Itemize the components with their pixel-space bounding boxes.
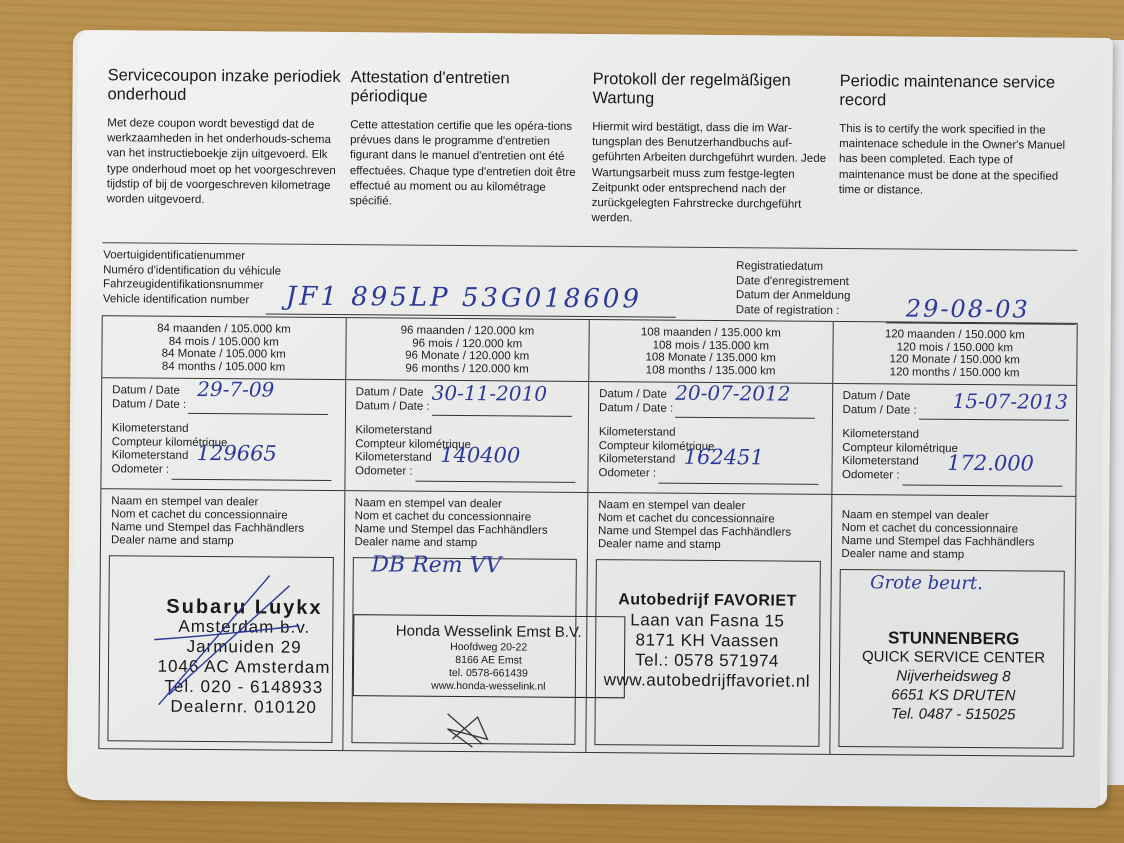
column-title: Periodic maintenance service record bbox=[839, 72, 1075, 112]
signature-icon bbox=[442, 709, 492, 749]
column-body: This is to certify the work specified in… bbox=[839, 122, 1076, 200]
interval-en: 96 months / 120.000 km bbox=[346, 362, 589, 376]
service-date-value[interactable]: 30-11-2010 bbox=[432, 387, 547, 401]
stamp-dealer-subtitle: QUICK SERVICE CENTER bbox=[834, 647, 1074, 668]
stamp-line: www.autobedrijffavoriet.nl bbox=[582, 670, 832, 692]
stamp-line: 6651 KS DRUTEN bbox=[833, 685, 1073, 706]
odometer-labels: Kilometerstand Compteur kilométrique Kil… bbox=[842, 428, 958, 483]
stamp-dealer-name: STUNNENBERG bbox=[834, 628, 1074, 649]
interval-en: 120 months / 150.000 km bbox=[833, 365, 1077, 379]
odometer-label: Kilometerstand bbox=[599, 426, 715, 440]
dealer-labels: Naam en stempel van dealer Nom et cachet… bbox=[598, 499, 791, 553]
vin-label-en: Vehicle identification number bbox=[103, 292, 281, 308]
odometer-label: Kilometerstand bbox=[842, 455, 958, 469]
date-label: Datum / Date bbox=[599, 388, 673, 402]
dealer-labels: Naam en stempel van dealer Nom et cachet… bbox=[841, 509, 1034, 563]
reg-label-nl: Registratiedatum bbox=[736, 259, 851, 274]
odometer-underline bbox=[658, 483, 818, 485]
date-underline bbox=[675, 417, 815, 419]
column-body: Met deze coupon wordt bevestigd dat de w… bbox=[107, 116, 344, 209]
stamp-box: Subaru Luykx Amsterdam b.v. Jarmuiden 29… bbox=[107, 555, 333, 743]
dealer-section: Naam en stempel van dealer Nom et cachet… bbox=[830, 495, 1076, 755]
vin-labels: Voertuigidentificatienummer Numéro d'ide… bbox=[103, 248, 281, 307]
vin-label-nl: Voertuigidentificatienummer bbox=[103, 248, 281, 264]
header-column-dutch: Servicecoupon inzake periodiek onderhoud… bbox=[107, 66, 344, 209]
column-title: Servicecoupon inzake periodiek onderhoud bbox=[107, 66, 343, 106]
registration-date-value[interactable]: 29-08-03 bbox=[906, 295, 1030, 324]
vin-handwritten-value[interactable]: JF1 895LP 53G018609 bbox=[286, 282, 642, 315]
service-entry: Datum / Date Datum / Date : 20-07-2012 K… bbox=[588, 382, 831, 495]
interval-en: 84 months / 105.000 km bbox=[102, 360, 345, 374]
date-label: Datum / Date bbox=[112, 384, 186, 398]
stamp-line: Tel.: 0578 571974 bbox=[582, 650, 832, 672]
date-labels: Datum / Date Datum / Date : bbox=[112, 384, 186, 412]
service-96-months: 96 maanden / 120.000 km 96 mois / 120.00… bbox=[343, 318, 590, 752]
dealer-section: Naam en stempel van dealer Nom et cachet… bbox=[343, 491, 588, 751]
date-underline bbox=[918, 419, 1068, 421]
service-record-page: Servicecoupon inzake periodiek onderhoud… bbox=[72, 30, 1106, 808]
stamp-line: 8171 KH Vaassen bbox=[582, 630, 832, 652]
reg-label-fr: Date d'enregistrement bbox=[736, 274, 851, 289]
dealer-labels: Naam en stempel van dealer Nom et cachet… bbox=[354, 497, 547, 551]
service-grid: 84 maanden / 105.000 km 84 mois / 105.00… bbox=[98, 315, 1077, 757]
service-interval: 108 maanden / 135.000 km 108 mois / 135.… bbox=[589, 320, 832, 384]
service-date-value[interactable]: 15-07-2013 bbox=[953, 395, 1068, 409]
dealer-labels: Naam en stempel van dealer Nom et cachet… bbox=[111, 495, 304, 549]
dealer-label: Dealer name and stamp bbox=[598, 538, 791, 553]
column-title: Attestation d'entretien périodique bbox=[350, 68, 586, 108]
date-labels: Datum / Date Datum / Date : bbox=[842, 390, 916, 418]
reg-label-de: Datum der Anmeldung bbox=[736, 288, 851, 303]
odometer-value[interactable]: 172.000 bbox=[947, 457, 1034, 471]
odometer-label: Kilometerstand bbox=[355, 424, 471, 438]
column-body: Cette attestation certifie que les opéra… bbox=[350, 118, 587, 211]
service-entry: Datum / Date Datum / Date : 30-11-2010 K… bbox=[345, 380, 588, 493]
odometer-value[interactable]: 129665 bbox=[197, 447, 277, 461]
stamp-box: DB Rem VV Honda Wesselink Emst B.V. Hoof… bbox=[351, 557, 577, 745]
date-underline bbox=[431, 415, 571, 417]
signature-icon bbox=[149, 565, 310, 716]
header-column-english: Periodic maintenance service record This… bbox=[839, 72, 1076, 200]
service-interval: 96 maanden / 120.000 km 96 mois / 120.00… bbox=[346, 318, 589, 382]
registration-labels: Registratiedatum Date d'enregistrement D… bbox=[736, 259, 851, 318]
service-entry: Datum / Date Datum / Date : 15-07-2013 K… bbox=[832, 384, 1076, 497]
date-labels: Datum / Date Datum / Date : bbox=[599, 388, 673, 416]
service-108-months: 108 maanden / 135.000 km 108 mois / 135.… bbox=[586, 320, 833, 754]
service-date-value[interactable]: 20-07-2012 bbox=[675, 387, 790, 401]
dealer-section: Naam en stempel van dealer Nom et cachet… bbox=[586, 493, 831, 753]
dealer-section: Naam en stempel van dealer Nom et cachet… bbox=[99, 489, 344, 749]
odometer-underline bbox=[415, 481, 575, 483]
service-entry: Datum / Date Datum / Date : 29-7-09 Kilo… bbox=[101, 378, 344, 491]
dealer-label: Dealer name and stamp bbox=[111, 534, 304, 549]
interval-en: 108 months / 135.000 km bbox=[589, 364, 832, 378]
odometer-underline bbox=[902, 484, 1062, 486]
dealer-stamp-stunnenberg: STUNNENBERG QUICK SERVICE CENTER Nijverh… bbox=[833, 628, 1074, 725]
stamp-line: Nijverheidsweg 8 bbox=[833, 666, 1073, 687]
vin-label-fr: Numéro d'identification du véhicule bbox=[103, 263, 281, 279]
stamp-line: Laan van Fasna 15 bbox=[582, 610, 832, 632]
date-label: Datum / Date bbox=[843, 390, 917, 404]
handwritten-note: DB Rem VV bbox=[371, 552, 501, 578]
date-underline bbox=[188, 413, 328, 415]
column-title: Protokoll der regelmäßigen Wartung bbox=[592, 70, 828, 110]
date-label: Datum / Date : bbox=[842, 404, 916, 418]
odometer-label: Kilometerstand bbox=[112, 422, 228, 436]
service-date-value[interactable]: 29-7-09 bbox=[197, 383, 274, 397]
service-interval: 84 maanden / 105.000 km 84 mois / 105.00… bbox=[102, 316, 345, 380]
stamp-dealer-name: Autobedrijf FAVORIET bbox=[582, 590, 832, 612]
handwritten-note: Grote beurt. bbox=[870, 572, 983, 594]
date-label: Datum / Date bbox=[356, 386, 430, 400]
header-column-german: Protokoll der regelmäßigen Wartung Hierm… bbox=[591, 70, 828, 228]
reg-label-en: Date of registration : bbox=[736, 303, 851, 318]
odometer-underline bbox=[171, 479, 331, 481]
date-label: Datum / Date : bbox=[355, 400, 429, 414]
header-column-french: Attestation d'entretien périodique Cette… bbox=[350, 68, 587, 211]
stamp-line: Tel. 0487 - 515025 bbox=[833, 704, 1073, 725]
odometer-value[interactable]: 162451 bbox=[684, 451, 764, 465]
dealer-label: Dealer name and stamp bbox=[354, 536, 547, 551]
odometer-label: Compteur kilométrique bbox=[842, 442, 958, 456]
odometer-label: Kilometerstand bbox=[842, 428, 958, 442]
column-body: Hiermit wird bestätigt, dass die im War-… bbox=[591, 120, 828, 228]
service-84-months: 84 maanden / 105.000 km 84 mois / 105.00… bbox=[99, 316, 346, 750]
vin-label-de: Fahrzeugidentifikationsnummer bbox=[103, 277, 281, 293]
date-label: Datum / Date : bbox=[112, 398, 186, 412]
dealer-stamp-autobedrijf-favoriet: Autobedrijf FAVORIET Laan van Fasna 15 8… bbox=[582, 590, 833, 692]
stamp-box: Autobedrijf FAVORIET Laan van Fasna 15 8… bbox=[594, 559, 820, 747]
odometer-label: Odometer : bbox=[842, 469, 958, 483]
dealer-label: Dealer name and stamp bbox=[841, 548, 1034, 563]
service-120-months: 120 maanden / 150.000 km 120 mois / 150.… bbox=[830, 322, 1077, 756]
odometer-value[interactable]: 140400 bbox=[440, 449, 520, 463]
service-interval: 120 maanden / 150.000 km 120 mois / 150.… bbox=[833, 322, 1077, 386]
date-label: Datum / Date : bbox=[599, 402, 673, 416]
stamp-box: Grote beurt. STUNNENBERG QUICK SERVICE C… bbox=[838, 569, 1065, 749]
date-labels: Datum / Date Datum / Date : bbox=[355, 386, 429, 414]
